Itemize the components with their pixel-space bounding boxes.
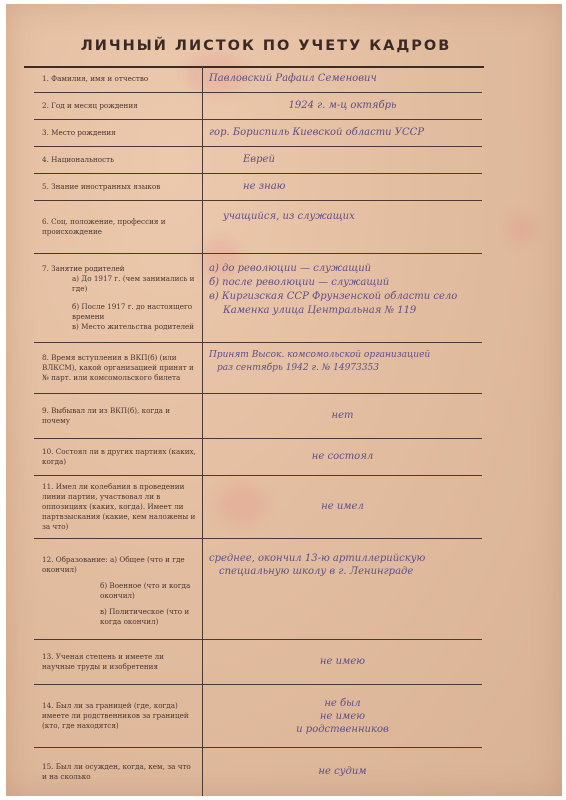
question-subitem: а) До 1917 г. (чем занимались и где) (42, 274, 196, 294)
form-row-full-name: 1. Фамилия, имя и отчество Павловский Ра… (34, 66, 482, 93)
row-question: 6. Соц. положение, профессия и происхожд… (34, 201, 203, 253)
answer-text: специальную школу в г. Ленинграде (209, 566, 476, 579)
row-answer: гор. Бориспиль Киевской области УССР (203, 120, 482, 146)
question-text: 14. Был ли за границей (где, когда) имее… (42, 701, 196, 731)
form-row-party-line-deviations: 11. Имел ли колебания в проведении линии… (34, 476, 482, 539)
form-row-birth-date: 2. Год и месяц рождения 1924 г. м-ц октя… (34, 93, 482, 120)
row-question: 14. Был ли за границей (где, когда) имее… (34, 685, 203, 747)
row-answer: Еврей (203, 147, 482, 173)
form-row-nationality: 4. Национальность Еврей (34, 147, 482, 174)
answer-text: учащийся, из служащих (223, 211, 476, 224)
row-question: 2. Год и месяц рождения (34, 93, 203, 119)
row-answer: а) до революции — служащий б) после рево… (203, 254, 482, 342)
question-text: 1. Фамилия, имя и отчество (42, 74, 196, 84)
question-text: 11. Имел ли колебания в проведении линии… (42, 482, 196, 532)
form-row-other-parties: 10. Состоял ли в других партиях (каких, … (34, 439, 482, 476)
answer-text: б) после революции — служащий (209, 276, 476, 290)
question-text: 15. Был ли осужден, когда, кем, за что и… (42, 762, 196, 782)
question-text: 12. Образование: а) Общее (что и где око… (42, 555, 196, 575)
form-row-birth-place: 3. Место рождения гор. Бориспиль Киевско… (34, 120, 482, 147)
answer-text: не судим (318, 766, 366, 779)
row-question: 10. Состоял ли в других партиях (каких, … (34, 439, 203, 475)
answer-text: не был (324, 697, 360, 710)
form-row-parents-occupation: 7. Занятие родителей а) До 1917 г. (чем … (34, 254, 482, 343)
form-row-education: 12. Образование: а) Общее (что и где око… (34, 539, 482, 640)
row-question: 1. Фамилия, имя и отчество (34, 66, 203, 92)
row-question: 13. Ученая степень и имеете ли научные т… (34, 640, 203, 684)
question-subitem: в) Место жительства родителей (42, 322, 196, 332)
row-answer: не знаю (203, 174, 482, 200)
answer-text: 1924 г. м-ц октябрь (289, 100, 397, 113)
row-question: 9. Выбывал ли из ВКП(б), когда и почему (34, 394, 203, 438)
question-text: 13. Ученая степень и имеете ли научные т… (42, 652, 196, 672)
answer-text: Принят Высок. комсомольской организацией (209, 349, 476, 362)
answer-text: гор. Бориспиль Киевской области УССР (209, 127, 476, 140)
row-answer: учащийся, из служащих (203, 201, 482, 253)
question-text: 9. Выбывал ли из ВКП(б), когда и почему (42, 406, 196, 426)
answer-text: не имел (321, 501, 364, 514)
question-text: 2. Год и месяц рождения (42, 101, 196, 111)
row-answer: 1924 г. м-ц октябрь (203, 93, 482, 119)
question-text: 6. Соц. положение, профессия и происхожд… (42, 217, 196, 237)
row-question: 15. Был ли осужден, когда, кем, за что и… (34, 748, 203, 796)
form-row-abroad: 14. Был ли за границей (где, когда) имее… (34, 685, 482, 748)
form-row-convictions: 15. Был ли осужден, когда, кем, за что и… (34, 748, 482, 796)
document-sheet: ЛИЧНЫЙ ЛИСТОК ПО УЧЕТУ КАДРОВ 1. Фамилия… (6, 4, 562, 796)
question-text: 8. Время вступления в ВКП(б) (или ВЛКСМ)… (42, 353, 196, 383)
row-answer: среднее, окончил 13-ю артиллерийскую спе… (203, 539, 482, 639)
answer-text: Еврей (243, 154, 476, 167)
answer-text: среднее, окончил 13-ю артиллерийскую (209, 553, 476, 566)
answer-text: и родственников (296, 723, 389, 736)
row-question: 3. Место рождения (34, 120, 203, 146)
answer-text: не состоял (312, 451, 373, 464)
question-subitem: б) Военное (что и когда окончил) (42, 581, 196, 601)
question-text: 10. Состоял ли в других партиях (каких, … (42, 447, 196, 467)
row-answer: Принят Высок. комсомольской организацией… (203, 343, 482, 393)
question-text: 5. Знание иностранных языков (42, 182, 196, 192)
answer-text: не имею (320, 710, 365, 723)
answer-text: не имею (320, 656, 365, 669)
answer-text: а) до революции — служащий (209, 262, 476, 276)
form-row-social-status: 6. Соц. положение, профессия и происхожд… (34, 201, 482, 254)
row-question: 11. Имел ли колебания в проведении линии… (34, 476, 203, 538)
question-subitem: б) После 1917 г. до настоящего времени (42, 302, 196, 322)
row-answer: не имею (203, 640, 482, 684)
row-answer: не был не имею и родственников (203, 685, 482, 747)
row-question: 7. Занятие родителей а) До 1917 г. (чем … (34, 254, 203, 342)
answer-text: Каменка улица Центральная № 119 (209, 304, 476, 318)
row-answer: не состоял (203, 439, 482, 475)
form-title: ЛИЧНЫЙ ЛИСТОК ПО УЧЕТУ КАДРОВ (6, 38, 526, 54)
row-answer: не судим (203, 748, 482, 796)
row-question: 12. Образование: а) Общее (что и где око… (34, 539, 203, 639)
answer-text: Павловский Рафаил Семенович (209, 73, 476, 86)
row-question: 5. Знание иностранных языков (34, 174, 203, 200)
question-subitem: в) Политическое (что и когда окончил) (42, 607, 196, 627)
form-row-party-membership: 8. Время вступления в ВКП(б) (или ВЛКСМ)… (34, 343, 482, 394)
question-text: 7. Занятие родителей (42, 264, 196, 274)
question-text: 3. Место рождения (42, 128, 196, 138)
answer-text: в) Киргизская ССР Фрунзенской области се… (209, 290, 476, 304)
row-question: 4. Национальность (34, 147, 203, 173)
row-question: 8. Время вступления в ВКП(б) (или ВЛКСМ)… (34, 343, 203, 393)
row-answer: не имел (203, 476, 482, 538)
form-row-academic-degree: 13. Ученая степень и имеете ли научные т… (34, 640, 482, 685)
form-row-party-leaving: 9. Выбывал ли из ВКП(б), когда и почему … (34, 394, 482, 439)
row-answer: Павловский Рафаил Семенович (203, 66, 482, 92)
answer-text: раз сентябрь 1942 г. № 14973353 (209, 362, 476, 375)
row-answer: нет (203, 394, 482, 438)
answer-text: нет (332, 410, 354, 423)
question-text: 4. Национальность (42, 155, 196, 165)
form-row-languages: 5. Знание иностранных языков не знаю (34, 174, 482, 201)
answer-text: не знаю (243, 181, 476, 194)
